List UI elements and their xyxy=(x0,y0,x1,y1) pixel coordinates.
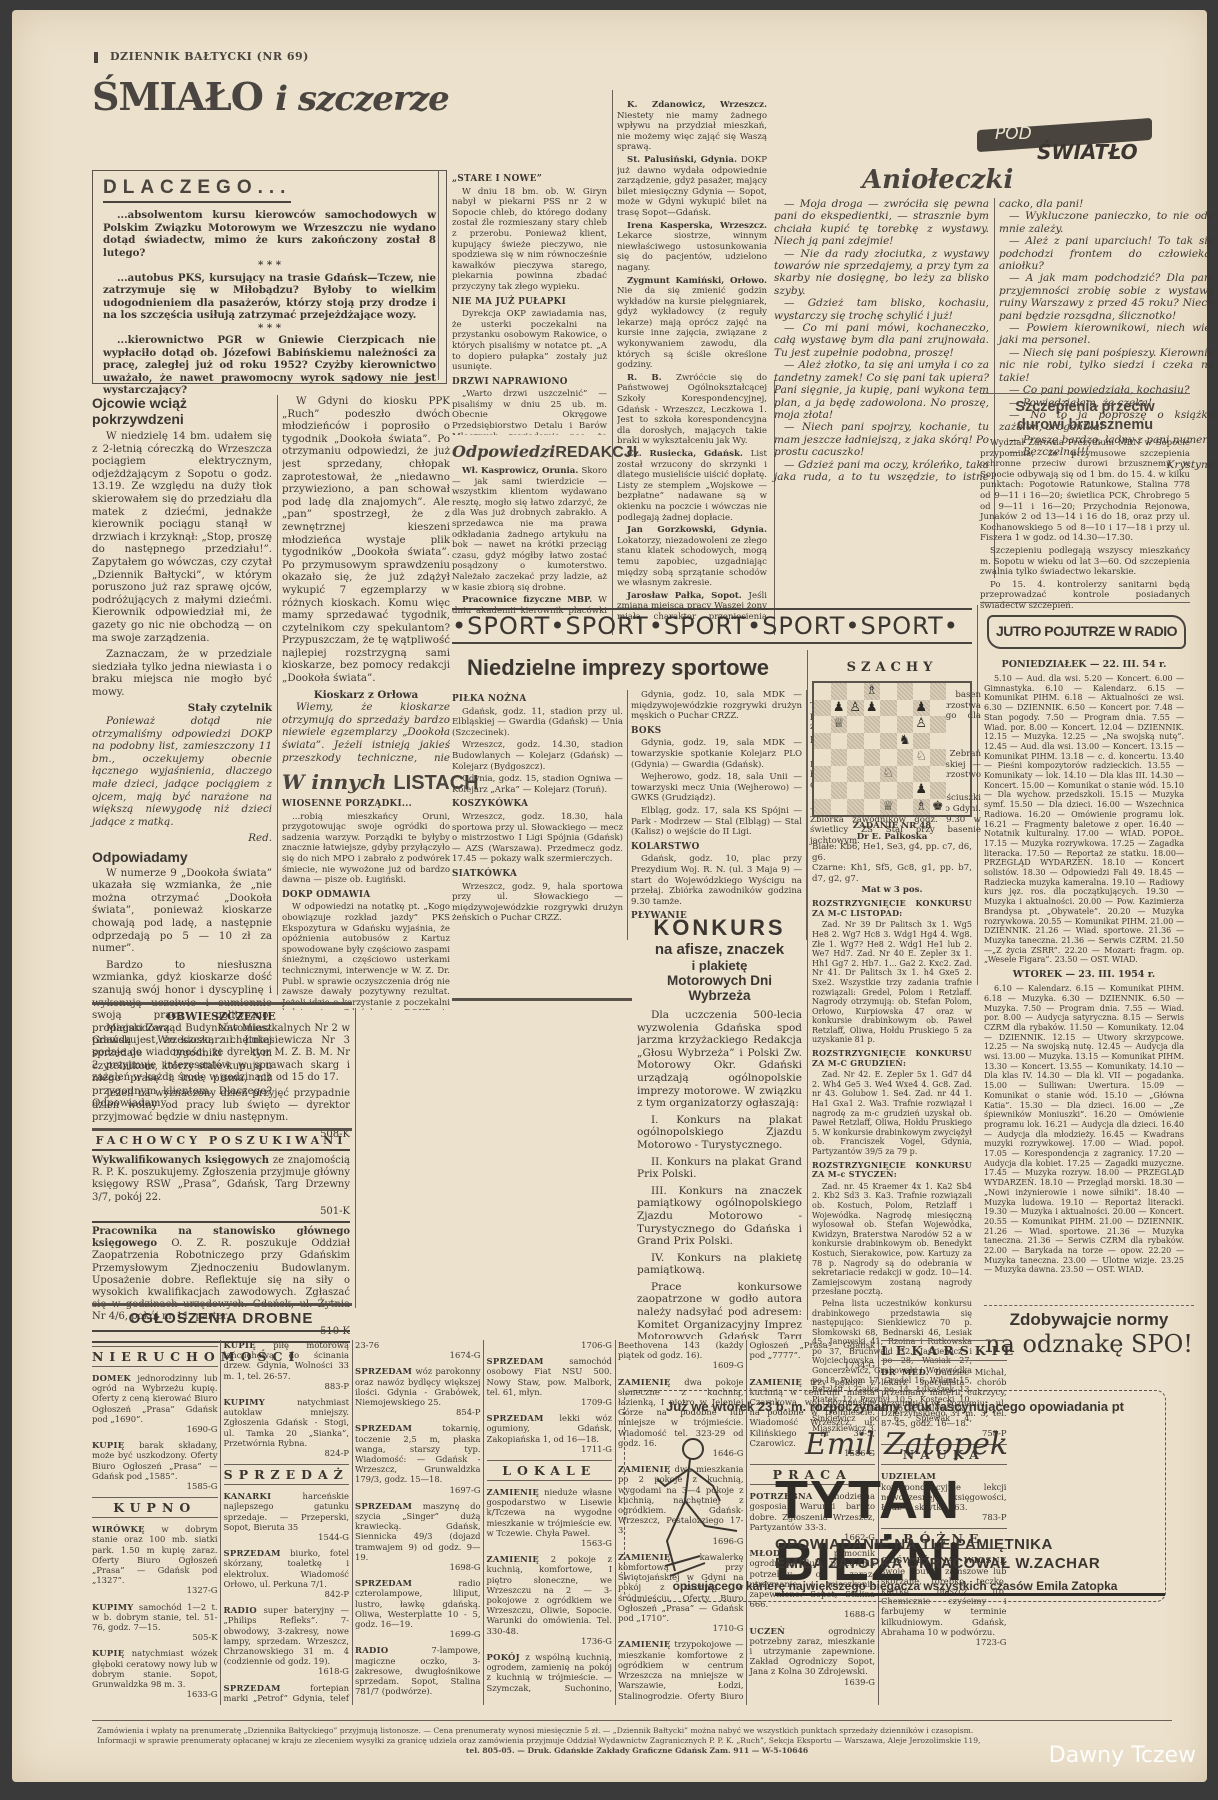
chess-square xyxy=(930,749,947,766)
response-name: Pracownice fizyczne MBP. xyxy=(462,595,598,605)
separator: * * * xyxy=(103,322,436,335)
ogloszenia-columns: NIERUCHOMOŚCIDOMEK jednorodzinny lub ogr… xyxy=(92,1340,612,1710)
ad-lead: SPRZEDAM xyxy=(487,1356,544,1366)
dialog-line: — Ależ z pani uparciuch! To tak się podc… xyxy=(999,235,1214,272)
chess-square xyxy=(897,716,914,733)
radio-program-text: 6.10 — Kalendarz. 6.15 — Komunikat PIHM.… xyxy=(984,984,1184,1275)
w-innych-listach: W innych LISTACH WIOSENNE PORZĄDKI......… xyxy=(282,770,450,1010)
paragraph: Szczepieniu podlegają wszyscy mieszkańcy… xyxy=(980,546,1190,578)
ad-code: 1706-G xyxy=(487,1340,613,1350)
ad-lead: KUPIĘ xyxy=(92,1648,124,1658)
ad-lead: WIRÓWKĘ xyxy=(92,1524,145,1534)
ad-lead: KUPIMY xyxy=(224,1397,266,1407)
listy-head: DRZWI NAPRAWIONO xyxy=(452,377,607,388)
divider xyxy=(92,1221,350,1223)
konkurs-body: Dla uczczenia 500-lecia wyzwolenia Gdańs… xyxy=(637,1009,802,1339)
chess-piece-icon: ♙ xyxy=(913,716,930,733)
chess-square xyxy=(847,766,864,783)
sport-bar: •SPORT•SPORT•SPORT•SPORT•SPORT• xyxy=(452,608,972,644)
article-title: Odpowiadamy xyxy=(92,851,272,864)
ad-lead: SPRZEDAM xyxy=(355,1501,412,1511)
ad-code: 1585-G xyxy=(92,1481,218,1491)
chess-square xyxy=(847,683,864,700)
response-item: Cz. Rusiecka, Gdańsk. List został wrzuco… xyxy=(617,449,767,523)
ad-category: LEKARSKIE xyxy=(881,1340,1007,1361)
chess-square xyxy=(847,782,864,799)
chess-square xyxy=(814,700,831,717)
response-name: Jan Gorzkowski, Gdynia. xyxy=(627,525,767,535)
chess-square xyxy=(880,683,897,700)
w-innych-listach-title: W innych LISTACH xyxy=(282,770,450,795)
sport-event: Gdańsk, godz. 10, plac przy Prezydium Wo… xyxy=(631,854,802,907)
obwieszczenie: OBWIESZCZENIE Miejski Zarząd Budynków Mi… xyxy=(92,1010,350,1141)
chess-square xyxy=(831,782,848,799)
response-name: R. B. xyxy=(627,373,676,383)
chess-piece-icon: ♟ xyxy=(831,700,848,717)
ad-code: 1544-G xyxy=(224,1532,350,1542)
watermark: Dawny Tczew xyxy=(1049,1743,1196,1768)
sport-event: Gdynia, godz. 15, stadion Ogniwa — Kolej… xyxy=(452,774,623,795)
chess-square xyxy=(930,683,947,700)
result-text: Zad. Nr 42. E. Zepler 5x 1. Gd7 d4 2. Wh… xyxy=(812,1070,972,1156)
chess-square xyxy=(897,683,914,700)
listy-text: W dniu 18 bm. ob. W. Giryn nabył w pieka… xyxy=(452,187,607,293)
ad-lead: ZAMIENIĘ xyxy=(618,1377,671,1387)
ad-code: 1563-G xyxy=(487,1538,613,1548)
ad-code: 1699-G xyxy=(355,1629,481,1639)
zatopek-subtitle1: OPOWIADANIE NA TLE PAMIĘTNIKA xyxy=(775,1536,1053,1553)
ad-lead: SPRZEDAM xyxy=(355,1366,412,1376)
footer-line2: Informacji w sprawie prenumeraty opłacan… xyxy=(97,1736,1177,1746)
classified-ad: KANARKI harceńskie najlepszego gatunku s… xyxy=(224,1491,350,1542)
dialog-line: — Co pani powiedziała, kochasiu? xyxy=(999,384,1214,396)
paragraph: Prace konkursowe zaopatrzone w godło aut… xyxy=(637,1281,802,1339)
konkurs-title4: Motorowych Dni Wybrzeża xyxy=(637,973,802,1003)
chess-square xyxy=(913,683,930,700)
dialog-line: — Ależ złotko, ta się ani umyła i co za … xyxy=(774,359,989,421)
chess-square xyxy=(814,716,831,733)
listy-head: WIOSENNE PORZĄDKI... xyxy=(282,799,450,810)
listy-head: DOKP ODMAWIA xyxy=(282,890,450,901)
paragraph: Miejski Zarząd Budynków Mieszkalnych Nr … xyxy=(92,1023,350,1084)
chess-square xyxy=(847,799,864,816)
ad-lead: DOMEK xyxy=(92,1373,131,1383)
dialog-line: — Niech się pani pośpieszy. Kierownik ni… xyxy=(999,347,1214,384)
chess-square xyxy=(814,733,831,750)
masthead-script: i szczerze xyxy=(275,79,449,119)
classified-ad: WIRÓWKĘ w dobrym stanie oraz 100 mb. sia… xyxy=(92,1524,218,1595)
chess-square xyxy=(831,749,848,766)
result-text: Zad. Nr 39 Dr Palitsch 3x 1. Wg5 He8 2. … xyxy=(812,920,972,1045)
classified-ad: SPRZEDAM tokarnię, toczenie 2,5 m, płask… xyxy=(355,1423,481,1494)
classified-ad: KUPIĘ piłę motorową łańcuchową do ścinan… xyxy=(224,1340,350,1391)
chess-square xyxy=(864,799,881,816)
chess-square xyxy=(814,782,831,799)
zatopek-intro: Już we wtorek 23 b. m. rozpoczynamy druk… xyxy=(625,1399,1165,1414)
ad-category: KUPNO xyxy=(92,1497,218,1518)
ad-code: 1736-G xyxy=(487,1636,613,1646)
ogloszenia-title: OGŁOSZENIA DROBNE xyxy=(92,1310,350,1332)
zatopek-ad: Już we wtorek 23 b. m. rozpoczynamy druk… xyxy=(624,1390,1166,1602)
paragraph: IV. Konkurs na plakietę pamiątkową. xyxy=(637,1252,802,1277)
dlaczego-title: DLACZEGO... xyxy=(103,177,291,203)
ad-code: 1674-G xyxy=(355,1350,481,1360)
article-odpowiadamy-cont: W Gdyni do kiosku PPK „Ruch” podeszło dw… xyxy=(282,395,450,765)
title-script: W innych xyxy=(282,770,386,794)
ad-code: 1688-G xyxy=(750,1609,876,1619)
chess-piece-icon: ♗ xyxy=(864,683,881,700)
chess-square xyxy=(880,749,897,766)
article-body: W niedzielę 14 bm. udałem się z 2-letnią… xyxy=(92,430,272,1110)
sport-body: PIŁKA NOŻNAGdańsk, godz. 11, stadion prz… xyxy=(452,690,802,940)
chess-square xyxy=(930,700,947,717)
ad-lead: SPRZEDAM xyxy=(487,1413,544,1423)
chess-square xyxy=(814,799,831,816)
sport-event: Gdańsk, godz. 11, stadion przy ul. Elblą… xyxy=(452,707,623,739)
classified-ad: UCZEŃ ogrodniczy potrzebny zaraz, mieszk… xyxy=(750,1626,876,1687)
ad-lead: RADIO xyxy=(355,1645,388,1655)
chess-square xyxy=(847,716,864,733)
title-script: Odpowiedzi xyxy=(452,442,555,461)
job-ad: Pracownika na stanowisko głównego księgo… xyxy=(92,1226,350,1324)
ad-code: 505-K xyxy=(92,1632,218,1642)
response-item: K. Zdanowicz, Wrzeszcz. Niestety nie mam… xyxy=(617,100,767,153)
ad-lead: ZAMIENIĘ xyxy=(618,1639,671,1649)
chess-square xyxy=(864,733,881,750)
classified-ad: SPRZEDAM lekki wóz ogumiony, Gdańsk, Zak… xyxy=(487,1413,613,1454)
chess-piece-icon: ♕ xyxy=(831,716,848,733)
ad-code: 1698-G xyxy=(355,1562,481,1572)
chess-square xyxy=(814,766,831,783)
chess-piece-icon: ♘ xyxy=(913,749,930,766)
chess-piece-icon: ♙ xyxy=(847,700,864,717)
obwieszczenie-body: Miejski Zarząd Budynków Mieszkalnych Nr … xyxy=(92,1023,350,1141)
response-name: Cz. Rusiecka, Gdańsk. xyxy=(627,449,751,459)
chess-square xyxy=(897,766,914,783)
sport-event: Elbląg, godz. 17, sala KS Spójni — Park … xyxy=(631,806,802,838)
ad-lead: SPRZEDAM xyxy=(355,1423,412,1433)
ad-code: 1723-G xyxy=(881,1637,1007,1647)
paragraph: W numerze 9 „Dookoła świata” ukazała się… xyxy=(92,867,272,955)
ad-code: 1327-G xyxy=(92,1585,218,1595)
discipline-name: PIŁKA NOŻNA xyxy=(452,694,623,705)
chess-square xyxy=(913,766,930,783)
ad-code: 1697-G xyxy=(355,1485,481,1495)
classified-ad: KUPIĘ barak składany, może być uszkodzon… xyxy=(92,1440,218,1491)
chess-square xyxy=(864,766,881,783)
paragraph: Po 15. 4. kontrolerzy sanitarni będą prz… xyxy=(980,580,1190,612)
paragraph: Wydział Zdrowia Prezydium MRN w Sopocie … xyxy=(980,438,1190,544)
obwieszczenie-title: OBWIESZCZENIE xyxy=(92,1010,350,1023)
listy-text: W odpowiedzi na notatkę pt. „Kogo obowią… xyxy=(282,902,450,1010)
ad-lead: ZAMIENIĘ xyxy=(750,1377,803,1387)
chess-square xyxy=(880,782,897,799)
listy-head: „STARE I NOWE” xyxy=(452,174,607,185)
sport-event: Wrzeszcz, godz. 18.30, hala sportowa prz… xyxy=(452,812,623,865)
ad-category: LOKALE xyxy=(487,1460,613,1481)
ad-code: 1690-G xyxy=(92,1424,218,1434)
dialog-line: — Co mi pani mówi, kochaneczko, całą wys… xyxy=(774,322,989,359)
dialog-line: — Niech pani spojrzy, kochanie, tu mam j… xyxy=(774,421,989,458)
response-item: Wł. Kasprowicz, Orunia. Skoro — jak sami… xyxy=(452,466,607,593)
separator: * * * xyxy=(103,259,436,272)
radio-banner: JUTRO POJUTRZE W RADIO xyxy=(987,615,1186,649)
signature: Stały czytelnik xyxy=(92,702,272,715)
result-head: ROZSTRZYGNIĘCIE KONKURSU ZA M-C LISTOPAD… xyxy=(812,899,972,918)
chess-piece-icon: ♞ xyxy=(897,733,914,750)
problem-black: Czarne: Kh1, Sf5, Gc8, g1, pp. b7, d7, g… xyxy=(812,863,972,884)
response-item: St. Palusiński, Gdynia. DOKP już dawno w… xyxy=(617,155,767,219)
classified-ad: SPRZEDAM wóz parokonny oraz nawóz bydlęc… xyxy=(355,1366,481,1417)
ad-lead: SPRZEDAM xyxy=(224,1683,281,1693)
dialog-line: — Gdzież tam blisko, kochasiu, wystarczy… xyxy=(774,297,989,322)
chess-square xyxy=(897,782,914,799)
szczepienia-title: Szczepienia przeciw durowi brzusznemu xyxy=(980,398,1190,434)
ad-lead: RADIO xyxy=(224,1605,257,1615)
fachowcy-title: FACHOWCY POSZUKIWANI xyxy=(92,1134,350,1151)
chess-square xyxy=(913,733,930,750)
job-ad-lead: Wykwalifikowanych księgowych xyxy=(92,1155,269,1166)
classified-ad: KUPIMY natychmiast autoklaw mniejszy. Zg… xyxy=(224,1397,350,1458)
ad-lead: ZAMIENIĘ xyxy=(487,1487,540,1497)
chess-square xyxy=(831,733,848,750)
chess-square xyxy=(864,749,881,766)
sport-title: Niedzielne imprezy sportowe xyxy=(467,655,769,681)
ad-lead: SPRZEDAM xyxy=(355,1578,412,1588)
banner-swiatlo: ŚWIATŁO xyxy=(1037,140,1138,164)
paragraph: II. Konkurs na plakat Grand Prix Polski. xyxy=(637,1156,802,1181)
discipline-name: BOKS xyxy=(631,726,802,737)
result-text: Zad. nr. 45 Kraemer 4x 1. Ka2 Sb4 2. Kb2… xyxy=(812,1182,972,1297)
response-item: Zygmunt Kamiński, Orłowo. Nie da się zmi… xyxy=(617,276,767,371)
listy-head: NIE MA JUŻ PUŁAPKI xyxy=(452,297,607,308)
ad-lead: ZAMIENIĘ xyxy=(487,1554,540,1564)
editor-sign: Red. xyxy=(92,832,272,845)
classified-ad: KUPIMY samochód 1—2 t. w b. dobrym stani… xyxy=(92,1602,218,1643)
ad-lead: KUPIMY xyxy=(92,1602,134,1612)
ad-lead: KUPIĘ xyxy=(92,1440,124,1450)
radio-banner-text: JUTRO POJUTRZE W RADIO xyxy=(996,623,1177,639)
section-masthead: ŚMIAŁO i szczerze xyxy=(92,74,449,119)
sport-event: Wrzeszcz, godz. 9, hala sportowa przy ul… xyxy=(452,882,623,924)
banner-pod: POD xyxy=(995,124,1032,144)
editor-note: Wiemy, że kioskarze otrzymują do sprzeda… xyxy=(282,701,450,765)
ad-code: 842-P xyxy=(224,1589,350,1599)
ad-lead: POKÓJ xyxy=(487,1652,520,1662)
paragraph: W niedzielę 14 bm. udałem się z 2-letnią… xyxy=(92,430,272,644)
response-item: R. B. Zwróćcie się do Państwowej Ogólnok… xyxy=(617,373,767,447)
odpowiedzi-redakcji-cont: K. Zdanowicz, Wrzeszcz. Niestety nie mam… xyxy=(617,100,767,620)
paragraph: Dla uczczenia 500-lecia wyzwolenia Gdańs… xyxy=(637,1009,802,1110)
chess-square xyxy=(864,716,881,733)
sport-event: Gdynia, godz. 19, sala MDK — towarzyskie… xyxy=(631,738,802,770)
radio-day-heading: PONIEDZIAŁEK — 22. III. 54 r. xyxy=(984,659,1184,670)
dlaczego-items: ...absolwentom kursu kierowców samochodo… xyxy=(103,209,436,397)
runner-icon xyxy=(645,1431,755,1581)
paragraph: I. Konkurs na plakat ogólnopolskiego Zja… xyxy=(637,1114,802,1152)
dlaczego-item: ...autobus PKS, kursujący na trasie Gdań… xyxy=(103,272,436,322)
response-name: St. Palusiński, Gdynia. xyxy=(627,155,741,165)
sport-event: Wejherowo, godz. 18, sala Unii — towarzy… xyxy=(631,772,802,804)
paragraph: Jeżeli na wyznaczony dzień przyjęć przyp… xyxy=(92,1088,350,1125)
ad-code: 1639-G xyxy=(750,1677,876,1687)
ad-code: 854-P xyxy=(355,1407,481,1417)
chess-square xyxy=(930,716,947,733)
chess-square xyxy=(897,799,914,816)
discipline-name: SIATKÓWKA xyxy=(452,869,623,880)
chess-board: ♗♟♙♟♟♕♙♞♘♘♟♕♗♚ xyxy=(812,681,972,817)
ad-code: 1711-G xyxy=(487,1444,613,1454)
ad-code: 1618-G xyxy=(224,1666,350,1676)
page-marker xyxy=(94,52,98,63)
running-head: DZIENNIK BAŁTYCKI (NR 69) xyxy=(94,50,309,63)
ad-code: 1609-G xyxy=(618,1360,744,1370)
spo-line1: Zdobywajcie normy xyxy=(984,1310,1194,1330)
classified-ad: SPRZEDAM samochód osobowy Fiat NSU 500. … xyxy=(487,1356,613,1407)
radio-program-text: 5.10 — Aud. dla wsi. 5.20 — Koncert. 6.0… xyxy=(984,674,1184,965)
sport-events: PIŁKA NOŻNAGdańsk, godz. 11, stadion prz… xyxy=(452,690,802,940)
article-ojcowie: Ojcowie wciąż pokrzywdzeni W niedzielę 1… xyxy=(92,395,272,1114)
odpowiedzi-items-a: Wł. Kasprowicz, Orunia. Skoro — jak sami… xyxy=(452,466,607,616)
odpowiedzi-redakcji: OdpowiedziREDAKCJI Wł. Kasprowicz, Oruni… xyxy=(452,442,607,616)
article-body: W Gdyni do kiosku PPK „Ruch” podeszło dw… xyxy=(282,395,450,765)
szczepienia: Szczepienia przeciw durowi brzusznemu Wy… xyxy=(980,398,1190,614)
ad-lead: SPRZEDAM xyxy=(224,1548,281,1558)
ad-lead: KUPIĘ xyxy=(224,1340,256,1350)
pod-swiatlo-banner: POD ŚWIATŁO xyxy=(977,120,1157,164)
discipline-name: KOSZYKÓWKA xyxy=(452,799,623,810)
sport-event: Wrzeszcz, godz. 14.30, stadion Budowlany… xyxy=(452,740,623,772)
radio-day-heading: WTOREK — 23. III. 1954 r. xyxy=(984,969,1184,980)
classified-ad: SPRZEDAM maszynę do szycia „Singer” dużą… xyxy=(355,1501,481,1572)
chess-square xyxy=(930,733,947,750)
chess-piece-icon: ♟ xyxy=(913,782,930,799)
radio-program: PONIEDZIAŁEK — 22. III. 54 r.5.10 — Aud.… xyxy=(984,655,1184,1275)
response-name: Wł. Kasprowicz, Orunia. xyxy=(462,466,581,476)
konkurs-title: KONKURS xyxy=(637,915,802,941)
masthead-bold: ŚMIAŁO xyxy=(92,74,263,119)
chess-piece-icon: ♗ xyxy=(913,799,930,816)
chess-piece-icon: ♟ xyxy=(864,700,881,717)
zatopek-subtitle2: EMILA ZATOPKA OPRACOWAŁ W.ZACHAR xyxy=(775,1555,1100,1572)
ad-code: 1709-G xyxy=(487,1397,613,1407)
listy-cont-body: „STARE I NOWE”W dniu 18 bm. ob. W. Giryn… xyxy=(452,170,607,435)
konkurs-title3: i plakietę xyxy=(637,958,802,973)
chess-square xyxy=(847,733,864,750)
chess-square xyxy=(831,766,848,783)
chess-square xyxy=(930,766,947,783)
ad-code: 501-K xyxy=(92,1206,350,1218)
chess-piece-icon: ♚ xyxy=(930,799,947,816)
szczepienia-body: Wydział Zdrowia Prezydium MRN w Sopocie … xyxy=(980,438,1190,612)
classified-ad: ZAMIENIĘ 2 pokoje z kuchnią, komfortowe,… xyxy=(487,1554,613,1646)
footer-line3: tel. 805-05. — Druk. Gdańskie Zakłady Gr… xyxy=(97,1746,1177,1756)
result-head: ROZSTRZYGNIĘCIE KONKURSU ZA M-c STYCZEŃ: xyxy=(812,1161,972,1180)
chess-square xyxy=(880,716,897,733)
ad-code: 883-P xyxy=(224,1381,350,1391)
editor-note: Ponieważ dotąd nie otrzymaliśmy odpowied… xyxy=(92,715,272,828)
result-head: ROZSTRZYGNIĘCIE KONKURSU ZA M-C GRUDZIEŃ… xyxy=(812,1049,972,1068)
chess-square xyxy=(814,683,831,700)
paragraph: W Gdyni do kiosku PPK „Ruch” podeszło dw… xyxy=(282,395,450,685)
response-name: K. Zdanowicz, Wrzeszcz. xyxy=(627,100,767,110)
job-ad: Wykwalifikowanych księgowych ze znajomoś… xyxy=(92,1155,350,1204)
ad-code: 1633-G xyxy=(92,1689,218,1699)
ad-code: 1734-G xyxy=(750,1360,876,1370)
zatopek-signature: Emil Zatopek xyxy=(805,1427,1008,1462)
ad-lead: DR MED. xyxy=(881,1367,929,1377)
konkurs: KONKURS na afisze, znaczek i plakietę Mo… xyxy=(637,915,802,1339)
chess-square xyxy=(847,749,864,766)
running-title: DZIENNIK BAŁTYCKI (NR 69) xyxy=(110,50,309,63)
sport-event: Gdynia, godz. 10, sala MDK — międzywojew… xyxy=(631,690,802,722)
footer-line1: Zamówienia i wpłaty na prenumeratę „Dzie… xyxy=(97,1726,1177,1736)
dlaczego-item: ...kierownictwo PGR w Gniewie Cierzpicac… xyxy=(103,334,436,397)
chess-square xyxy=(831,799,848,816)
chess-piece-icon: ♟ xyxy=(913,700,930,717)
problem-task: Mat w 3 pos. xyxy=(812,885,972,896)
problem-title: ZADANIE NR 48 xyxy=(812,821,972,832)
chess-square xyxy=(880,700,897,717)
zatopek-outro: opisującego karierę największego biegacz… xyxy=(635,1579,1155,1593)
chess-square xyxy=(831,683,848,700)
response-item: Jan Gorzkowski, Gdynia. Lokatorzy, nieza… xyxy=(617,525,767,589)
title-line1: Szczepienia przeciw xyxy=(980,398,1190,416)
job-ad-lead: Pracownika na stanowisko głównego księgo… xyxy=(92,1226,350,1249)
chess-piece-icon: ♕ xyxy=(880,799,897,816)
signature: Kioskarz z Orłowa xyxy=(282,689,450,702)
ad-lead: UCZEŃ xyxy=(750,1626,786,1636)
ad-code: 1710-G xyxy=(618,1623,744,1633)
ad-code: 824-P xyxy=(224,1448,350,1458)
footer: Zamówienia i wpłaty na prenumeratę „Dzie… xyxy=(97,1726,1177,1756)
classified-ad: RADIO super bateryjny — „Philips Refleks… xyxy=(224,1605,350,1676)
chess-square xyxy=(930,782,947,799)
classified-ad: DOMEK jednorodzinny lub ogród na Wybrzeż… xyxy=(92,1373,218,1434)
zatopek-title: TYTAN BIEŻNI xyxy=(775,1469,1165,1596)
article-title: Ojcowie wciąż pokrzywdzeni xyxy=(92,395,272,427)
dialog-line: — Nie da rady złociutka, z wystawy towar… xyxy=(774,248,989,298)
odpowiedzi-items-b: K. Zdanowicz, Wrzeszcz. Niestety nie mam… xyxy=(617,100,767,620)
paragraph: III. Konkurs na znaczek pamiątkowy ogóln… xyxy=(637,1185,802,1248)
ads-list: NIERUCHOMOŚCIDOMEK jednorodzinny lub ogr… xyxy=(92,1340,612,1705)
response-name: Irena Kasperska, Wrzeszcz. xyxy=(627,221,767,231)
chess-square xyxy=(897,700,914,717)
dialog-line: — Powiem kierownikowi, niech wie, jaki m… xyxy=(999,322,1214,347)
szachy-title: SZACHY xyxy=(812,660,972,675)
listy-continuation: „STARE I NOWE”W dniu 18 bm. ob. W. Giryn… xyxy=(452,170,607,435)
dlaczego-box: DLACZEGO... ...absolwentom kursu kierowc… xyxy=(92,170,447,384)
classified-ad: ZAMIENIĘ nieduże własne gospodarstwo w L… xyxy=(487,1487,613,1548)
sport-bar-text: •SPORT•SPORT•SPORT•SPORT•SPORT• xyxy=(452,612,959,640)
listy-items: WIOSENNE PORZĄDKI......robią mieszkańcy … xyxy=(282,795,450,1010)
problem-author: Dr E. Palkoska xyxy=(812,832,972,843)
dialog-line: — Wykluczone panieczko, to nie ode mnie … xyxy=(999,210,1214,235)
listy-text: ...robią mieszkańcy Oruni, przygotowując… xyxy=(282,812,450,886)
listy-text: „Warto drzwi uszczelnić” — pisaliśmy w d… xyxy=(452,389,607,435)
classified-ad: KUPIĘ natychmiast wózek głęboki ceratowy… xyxy=(92,1648,218,1699)
response-name: Jarosław Pałka, Sopot. xyxy=(627,591,749,601)
chess-piece-icon: ♘ xyxy=(880,766,897,783)
konkurs-title2: na afisze, znaczek xyxy=(637,941,802,958)
anioleczki-title: Aniołeczki xyxy=(862,165,1013,195)
ad-lead: KANARKI xyxy=(224,1491,272,1501)
szachy: SZACHY ♗♟♙♟♟♕♙♞♘♘♟♕♗♚ ZADANIE NR 48 Dr E… xyxy=(812,660,972,1435)
dialog-line: — Moja droga — zwróciła się pewna pani d… xyxy=(774,198,989,248)
chess-square xyxy=(880,733,897,750)
newspaper-page: DZIENNIK BAŁTYCKI (NR 69) ŚMIAŁO i szcze… xyxy=(12,10,1207,1782)
chess-square xyxy=(814,749,831,766)
